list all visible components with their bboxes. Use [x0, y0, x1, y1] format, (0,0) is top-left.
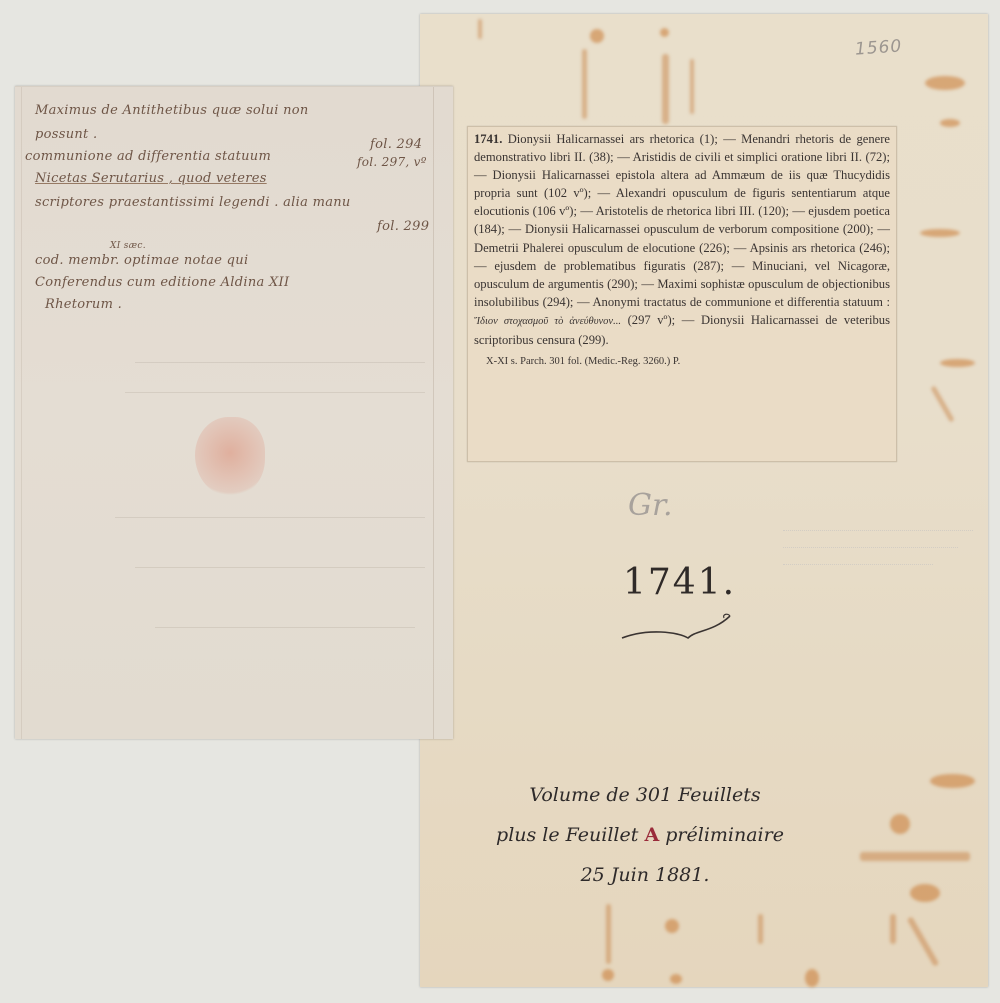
foxing-streak	[690, 59, 694, 114]
foxing-stain	[670, 974, 682, 984]
handwritten-line: communione ad differentia statuum	[25, 149, 271, 164]
volume-foliation-note: Volume de 301 Feuillets plus le Feuillet…	[465, 775, 825, 895]
pencil-fonds-mark: Gr.	[628, 488, 673, 523]
handwritten-note-slip: Maximus de Antithetibus quæ solui non po…	[15, 86, 453, 739]
greek-incipit: Ἴδιον στοχασμοῦ τὸ ἀνεύθυνον...	[474, 316, 621, 327]
foxing-streak	[582, 49, 587, 119]
catalog-description: Dionysii Halicarnassei ars rhetorica (1)…	[474, 132, 890, 309]
foxing-stain	[590, 29, 604, 43]
folio-reference: fol. 297, vº	[357, 155, 427, 169]
faint-offset-text	[783, 518, 983, 565]
foxing-stain	[665, 919, 679, 933]
foxing-streak	[478, 19, 482, 39]
handwritten-line: scriptores praestantissimi legendi . ali…	[35, 195, 351, 210]
wax-seal-stain	[195, 417, 265, 497]
show-through-line	[135, 567, 425, 568]
superscript-note: XI sæc.	[110, 241, 146, 251]
folio-reference: fol. 299	[377, 219, 429, 234]
handwritten-line: Conferendus cum editione Aldina XII	[35, 275, 289, 290]
handwritten-line: Rhetorum .	[45, 297, 122, 312]
foxing-streak	[860, 852, 970, 861]
foxing-stain	[660, 28, 669, 37]
foxing-stain	[930, 774, 975, 788]
show-through-line	[155, 627, 415, 628]
fold-crease	[433, 87, 434, 739]
foxing-streak	[890, 914, 896, 944]
foxing-streak	[662, 54, 669, 124]
show-through-line	[135, 362, 425, 363]
foxing-stain	[910, 884, 940, 902]
folio-reference: fol. 294	[370, 137, 422, 152]
show-through-line	[115, 517, 425, 518]
foxing-stain	[920, 229, 960, 237]
foxing-streak	[606, 904, 611, 964]
volume-note-text: plus le Feuillet	[496, 824, 638, 846]
handwritten-line: Maximus de Antithetibus quæ solui non	[35, 103, 309, 118]
volume-note-line-2: plus le Feuillet A préliminaire	[455, 815, 825, 855]
red-letter-a: A	[644, 824, 659, 846]
foxing-stain	[925, 76, 965, 90]
printed-catalog-label: 1741. Dionysii Halicarnassei ars rhetori…	[467, 126, 897, 462]
flourish-underline	[618, 610, 738, 646]
fold-crease	[21, 87, 22, 739]
catalog-footer: X-XI s. Parch. 301 fol. (Medic.-Reg. 326…	[474, 353, 890, 371]
foxing-stain	[805, 969, 819, 987]
foxing-stain	[890, 814, 910, 834]
foxing-stain	[602, 969, 614, 981]
volume-note-date: 25 Juin 1881.	[465, 855, 825, 895]
foxing-streak	[758, 914, 763, 944]
foxing-stain	[940, 359, 975, 367]
handwritten-line: cod. membr. optimae notae qui	[35, 253, 248, 268]
show-through-line	[125, 392, 425, 393]
handwritten-line: Nicetas Serutarius , quod veteres	[35, 171, 267, 186]
volume-note-text: préliminaire	[665, 824, 784, 846]
volume-note-line-1: Volume de 301 Feuillets	[465, 775, 825, 815]
foxing-stain	[940, 119, 960, 127]
pencil-shelfmark-number: 1560	[854, 36, 903, 59]
handwritten-line: possunt .	[35, 127, 97, 142]
foxing-streak	[930, 385, 954, 422]
foxing-streak	[907, 916, 940, 967]
catalog-entry-number: 1741.	[474, 132, 502, 146]
manuscript-number: 1741.	[623, 562, 736, 603]
